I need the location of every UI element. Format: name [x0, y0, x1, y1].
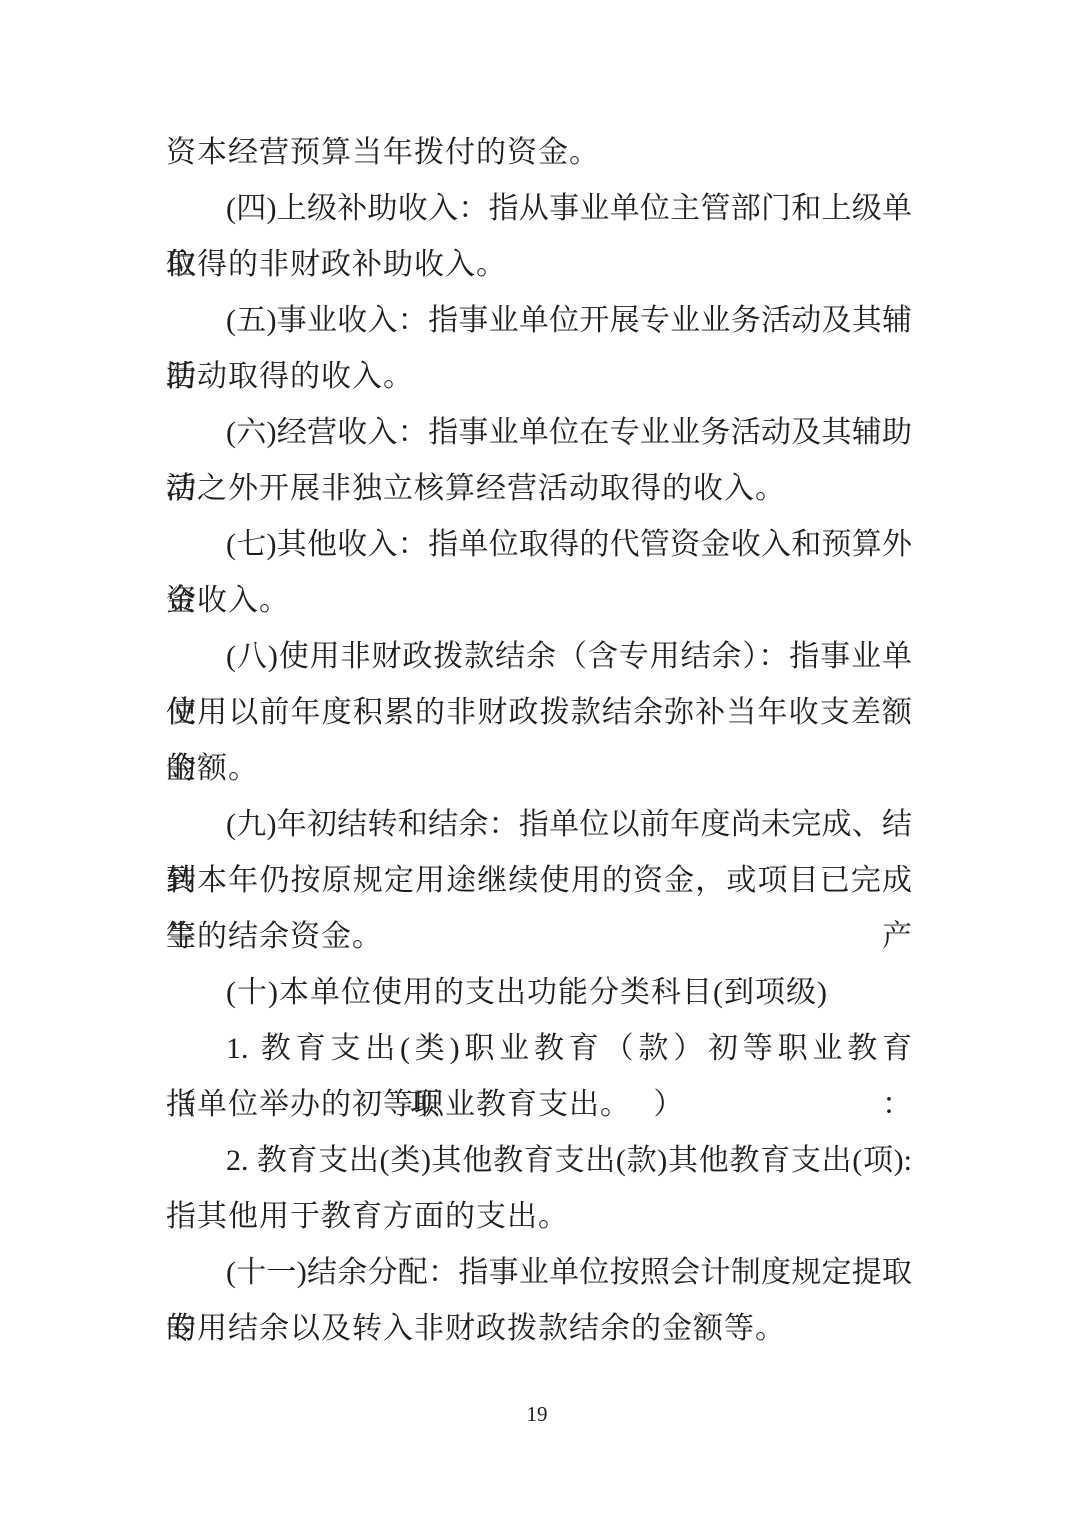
- text-line: 专用结余以及转入非财政拨款结余的金额等。: [166, 1301, 912, 1357]
- text-line: (九)年初结转和结余：指单位以前年度尚未完成、结转: [166, 797, 912, 853]
- text-line: 取得的非财政补助收入。: [166, 237, 912, 293]
- text-line: (四)上级补助收入：指从事业单位主管部门和上级单位: [166, 181, 912, 237]
- text-line: 2. 教育支出(类)其他教育支出(款)其他教育支出(项):: [166, 1133, 912, 1189]
- text-line: (十一)结余分配：指事业单位按照会计制度规定提取的: [166, 1245, 912, 1301]
- text-line: (十)本单位使用的支出功能分类科目(到项级): [166, 965, 912, 1021]
- text-line: 到本年仍按原规定用途继续使用的资金，或项目已完成等产: [166, 853, 912, 909]
- document-body: 资本经营预算当年拨付的资金。(四)上级补助收入：指从事业单位主管部门和上级单位取…: [166, 125, 912, 1357]
- text-line: (五)事业收入：指事业单位开展专业业务活动及其辅助: [166, 293, 912, 349]
- text-line: (八)使用非财政拨款结余（含专用结余）：指事业单位: [166, 629, 912, 685]
- text-line: 指其他用于教育方面的支出。: [166, 1189, 912, 1245]
- text-line: 动之外开展非独立核算经营活动取得的收入。: [166, 461, 912, 517]
- text-line: 使用以前年度积累的非财政拨款结余弥补当年收支差额的: [166, 685, 912, 741]
- text-line: 金收入。: [166, 573, 912, 629]
- text-line: 金额。: [166, 741, 912, 797]
- text-line: (七)其他收入：指单位取得的代管资金收入和预算外资: [166, 517, 912, 573]
- text-line: 1. 教育支出(类)职业教育（款）初等职业教育（项）：: [166, 1021, 912, 1077]
- text-line: 资本经营预算当年拨付的资金。: [166, 125, 912, 181]
- page-number: 19: [0, 1402, 1074, 1427]
- document-page: 资本经营预算当年拨付的资金。(四)上级补助收入：指从事业单位主管部门和上级单位取…: [0, 0, 1074, 1520]
- text-line: 活动取得的收入。: [166, 349, 912, 405]
- text-line: (六)经营收入：指事业单位在专业业务活动及其辅助活: [166, 405, 912, 461]
